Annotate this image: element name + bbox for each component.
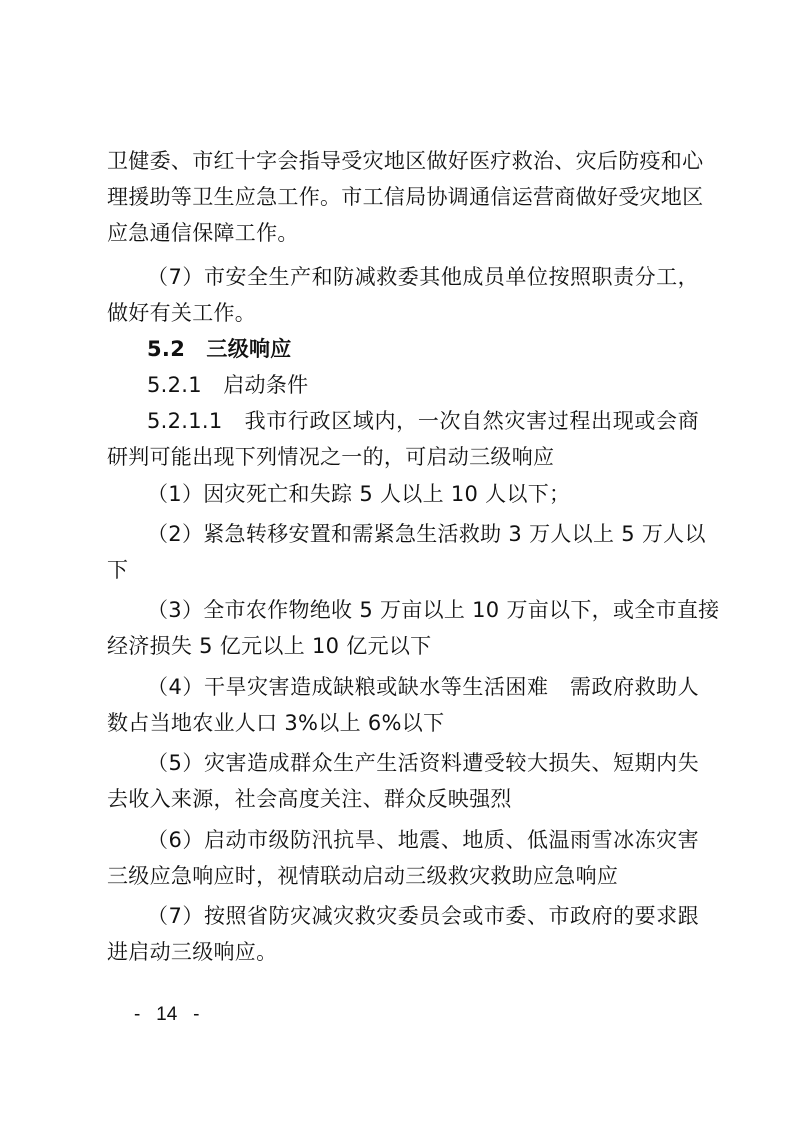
text-line: 三级应急响应时，视情联动启动三级救灾救助应急响应 <box>107 862 699 890</box>
text-line: （5）灾害造成群众生产生活资料遭受较大损失、短期内失 <box>147 749 699 777</box>
text-line: 数占当地农业人口 3%以上 6%以下 <box>107 709 699 737</box>
text-line: （7）按照省防灾减灾救灾委员会或市委、市政府的要求跟 <box>147 902 699 930</box>
document-page: 卫健委、市红十字会指导受灾地区做好医疗救治、灾后防疫和心理援助等卫生应急工作。市… <box>0 0 793 1122</box>
text-line: 理援助等卫生应急工作。市工信局协调通信运营商做好受灾地区 <box>107 183 699 211</box>
text-line: 5.2.1 启动条件 <box>147 371 699 399</box>
section-heading: 5.2 三级响应 <box>147 335 699 363</box>
text-line: 进启动三级响应。 <box>107 938 699 966</box>
text-line: 经济损失 5 亿元以上 10 亿元以下 <box>107 632 699 660</box>
text-line: （3）全市农作物绝收 5 万亩以上 10 万亩以下，或全市直接 <box>147 596 699 624</box>
text-line: 卫健委、市红十字会指导受灾地区做好医疗救治、灾后防疫和心 <box>107 147 699 175</box>
text-line: 5.2.1.1 我市行政区域内，一次自然灾害过程出现或会商 <box>147 407 699 435</box>
page-number: - 14 - <box>134 1004 199 1026</box>
text-line: （7）市安全生产和防减救委其他成员单位按照职责分工， <box>147 263 699 291</box>
text-line: 下 <box>107 556 699 584</box>
text-line: 做好有关工作。 <box>107 299 699 327</box>
text-line: （4）干旱灾害造成缺粮或缺水等生活困难 需政府救助人 <box>147 673 699 701</box>
text-line: 应急通信保障工作。 <box>107 219 699 247</box>
text-line: 去收入来源，社会高度关注、群众反映强烈 <box>107 785 699 813</box>
text-line: 研判可能出现下列情况之一的，可启动三级响应 <box>107 443 699 471</box>
text-line: （6）启动市级防汛抗旱、地震、地质、低温雨雪冰冻灾害 <box>147 826 699 854</box>
text-line: （1）因灾死亡和失踪 5 人以上 10 人以下； <box>147 480 699 508</box>
text-line: （2）紧急转移安置和需紧急生活救助 3 万人以上 5 万人以 <box>147 520 699 548</box>
